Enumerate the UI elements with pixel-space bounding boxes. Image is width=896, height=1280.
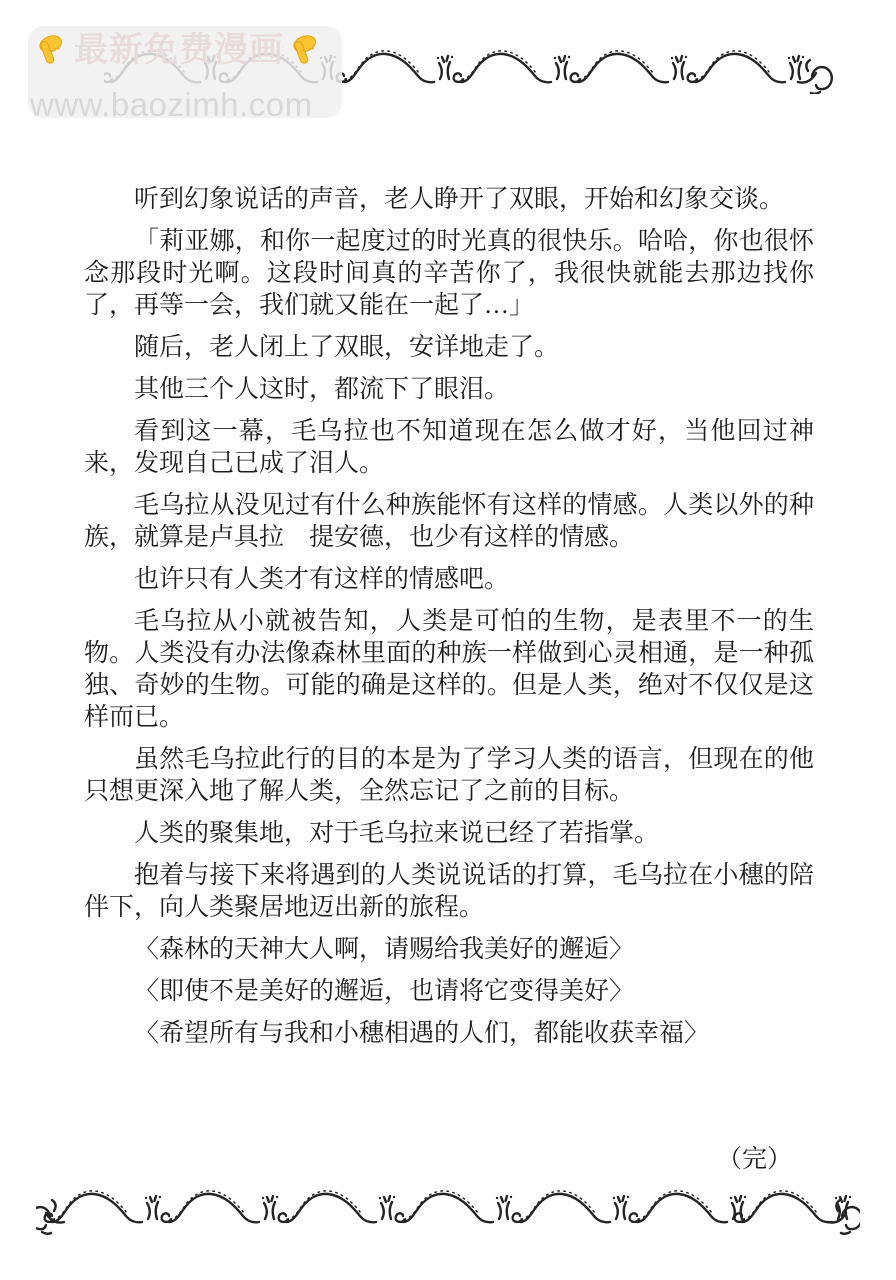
watermark-url: www.baozimh.com <box>30 88 313 121</box>
paragraph: 也许只有人类才有这样的情感吧。 <box>84 564 814 596</box>
paragraph: 毛乌拉从小就被告知，人类是可怕的生物，是表里不一的生物。人类没有办法像森林里面的… <box>84 606 814 734</box>
paragraph: 其他三个人这时，都流下了眼泪。 <box>84 374 814 406</box>
paragraph: 毛乌拉从没见过有什么种族能怀有这样的情感。人类以外的种族，就算是卢具拉 提安德，… <box>84 490 814 554</box>
paragraph: 「莉亚娜，和你一起度过的时光真的很快乐。哈哈，你也很怀念那段时光啊。这段时间真的… <box>84 226 814 322</box>
paragraph: 〈森林的天神大人啊，请赐给我美好的邂逅〉 <box>84 934 814 966</box>
paragraph: 人类的聚集地，对于毛乌拉来说已经了若指掌。 <box>84 818 814 850</box>
watermark-title: 最新免费漫画 <box>74 33 284 67</box>
paragraph: 抱着与接下来将遇到的人类说说话的打算，毛乌拉在小穗的陪伴下，向人类聚居地迈出新的… <box>84 860 814 924</box>
finger-pointing-down-icon <box>290 33 322 67</box>
watermark-badge: 最新免费漫画 www.baozimh.com <box>28 26 342 118</box>
watermark-title-row: 最新免费漫画 <box>28 26 342 74</box>
bottom-flourish-divider <box>36 1186 860 1238</box>
paragraph: 随后，老人闭上了双眼，安详地走了。 <box>84 332 814 364</box>
paragraph: 看到这一幕，毛乌拉也不知道现在怎么做才好，当他回过神来，发现自己已成了泪人。 <box>84 416 814 480</box>
novel-text: 听到幻象说话的声音，老人睁开了双眼，开始和幻象交谈。 「莉亚娜，和你一起度过的时… <box>84 184 814 1176</box>
finger-pointing-down-icon <box>36 33 68 67</box>
ending-mark: （完） <box>84 1144 814 1176</box>
novel-page: 最新免费漫画 www.baozimh.com 听到幻象说话的声音，老人睁开了双眼… <box>0 0 896 1280</box>
paragraph: 〈即使不是美好的邂逅，也请将它变得美好〉 <box>84 976 814 1008</box>
paragraph: 虽然毛乌拉此行的目的本是为了学习人类的语言，但现在的他只想更深入地了解人类，全然… <box>84 744 814 808</box>
paragraph: 听到幻象说话的声音，老人睁开了双眼，开始和幻象交谈。 <box>84 184 814 216</box>
paragraph: 〈希望所有与我和小穗相遇的人们，都能收获幸福〉 <box>84 1018 814 1050</box>
